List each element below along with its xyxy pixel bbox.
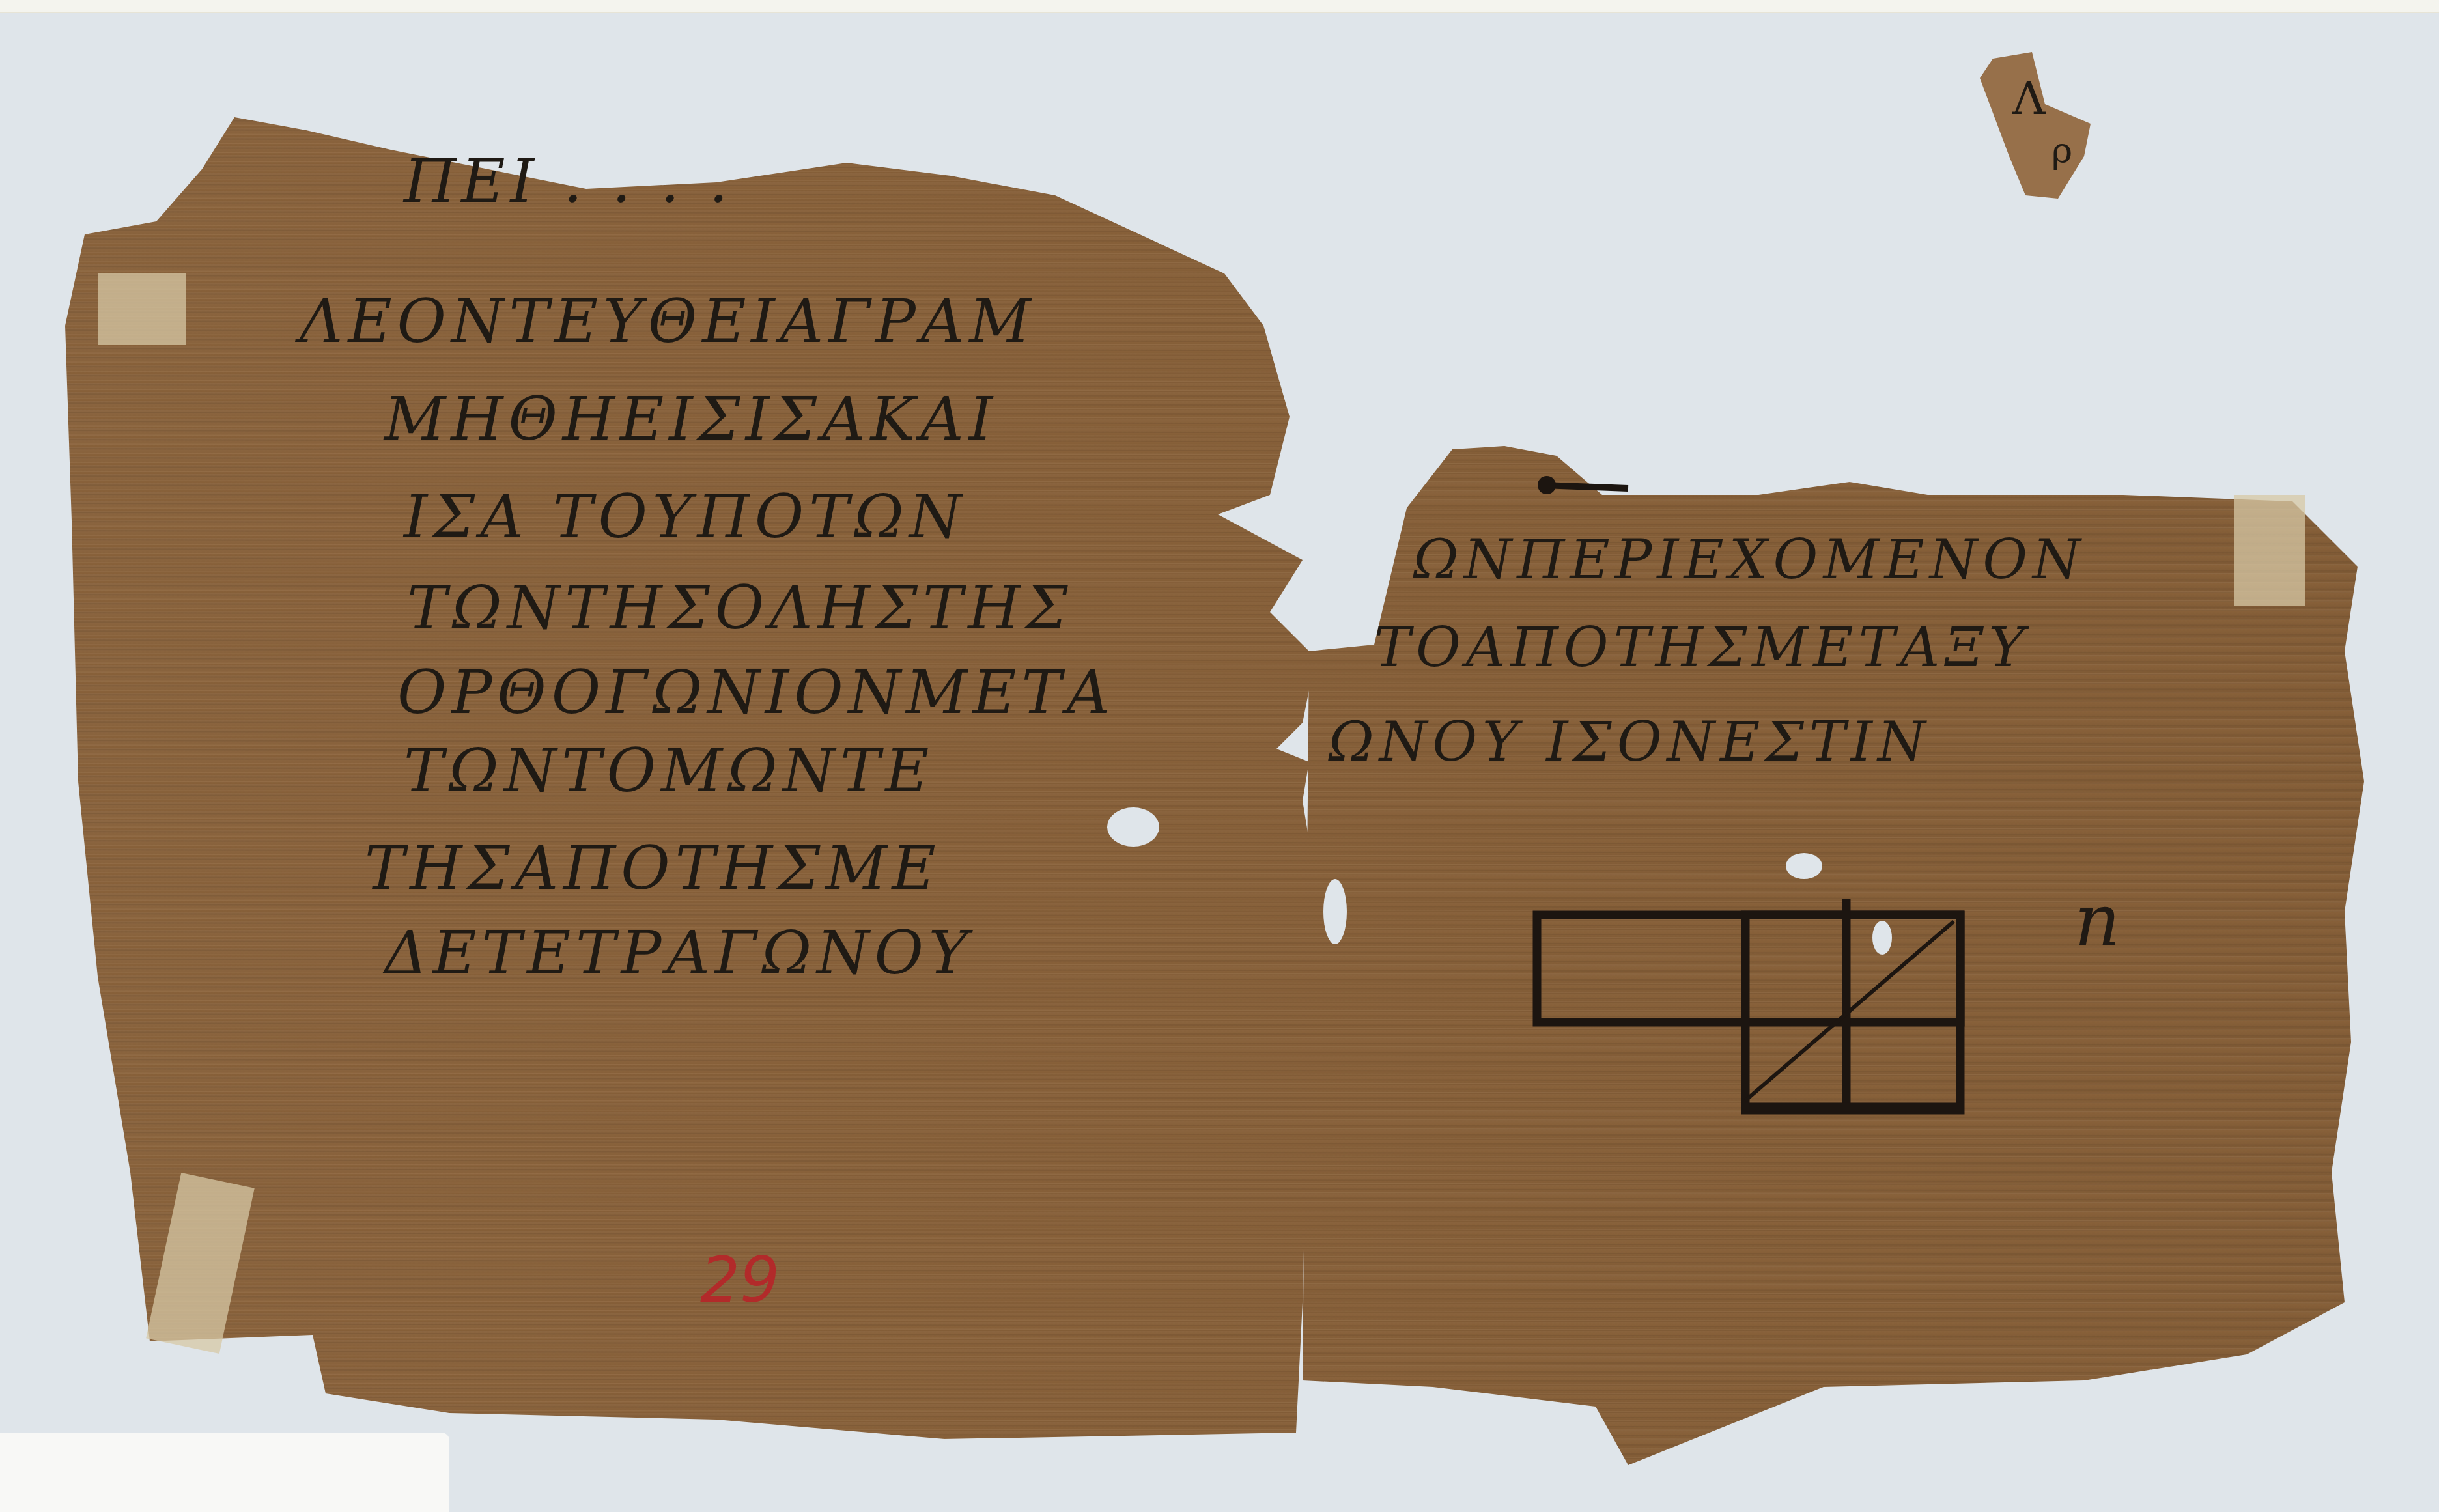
svg-text:Λ: Λ	[2012, 72, 2046, 125]
margin-mark: n	[2074, 879, 2121, 962]
papyrus-fragment: Λ ρ	[0, 0, 2439, 1512]
inventory-number: 29	[700, 1244, 780, 1317]
mount-tape-right	[2234, 495, 2305, 606]
text-line-right-2: ΤΟΑΠΟΤΗΣΜΕΤΑΞΥ	[1374, 615, 2030, 679]
text-line-right-3: ΩΝΟΥ ΙΣΟΝΕΣΤΙΝ	[1329, 710, 1931, 774]
svg-text:ρ: ρ	[2051, 130, 2072, 171]
text-line-1: ΠΕΙ . . . .	[404, 147, 733, 216]
text-line-8: ΤΗΣΑΠΟΤΗΣΜΕ	[365, 833, 941, 903]
text-line-2: ΛΕΟΝΤΕΥΘΕΙΑΓΡΑΜ	[300, 287, 1036, 356]
text-line-right-1: ΩΝΠΕΡΙΕΧΟΜΕΝΟΝ	[1413, 527, 2086, 591]
text-line-4: ΙΣΑ ΤΟΥΠΟΤΩΝ	[404, 482, 966, 552]
text-line-7: ΤΩΝΤΟΜΩΝΤΕ	[404, 736, 934, 805]
text-line-9: ΔΕΤΕΤΡΑΓΩΝΟΥ	[384, 918, 974, 988]
text-line-6: ΟΡΘΟΓΩΝΙΟΝΜΕΤΑ	[397, 658, 1115, 727]
white-card	[0, 1433, 449, 1512]
text-line-3: ΜΗΘΗΕΙΣΙΣΑΚΑΙ	[384, 384, 998, 454]
mount-tape-top-left	[98, 273, 186, 345]
text-line-5: ΤΩΝΤΗΣΟΛΗΣΤΗΣ	[407, 573, 1073, 643]
